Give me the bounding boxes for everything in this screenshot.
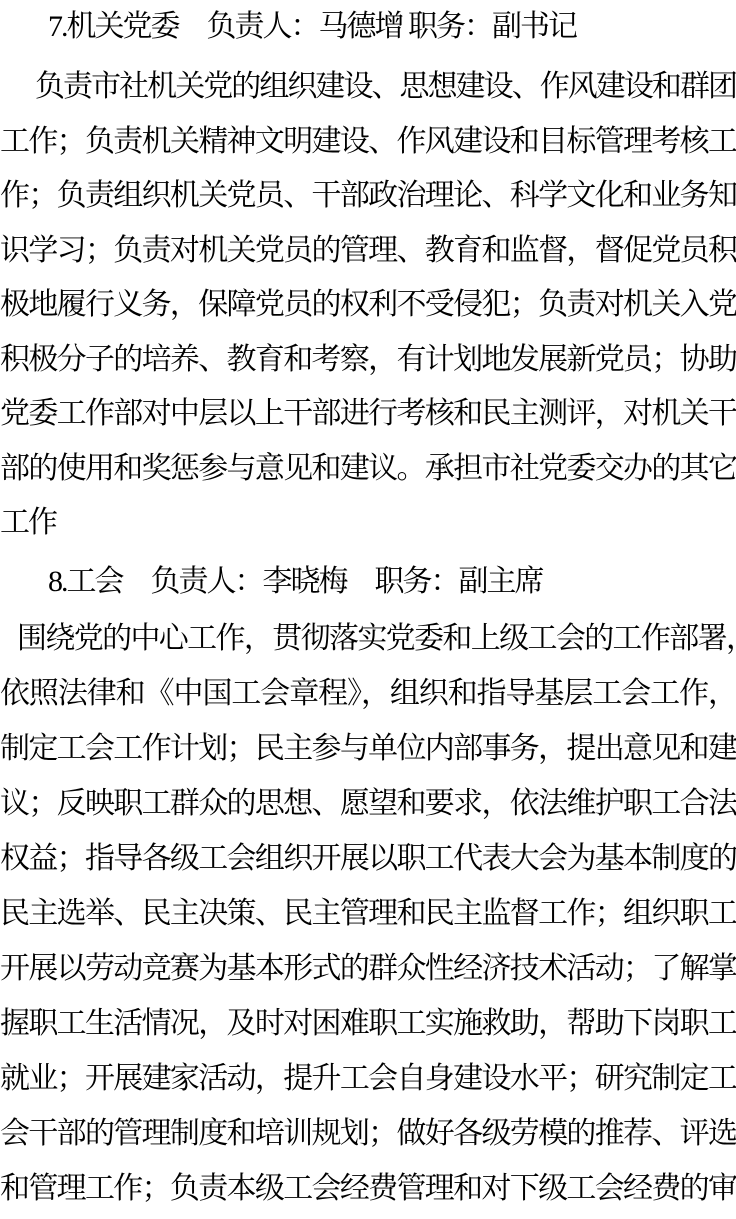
text-line: 开展以劳动竞赛为基本形式的群众性经济技术活动；了解掌 (0, 951, 736, 987)
text-line: 依照法律和《中国工会章程》，组织和指导基层工会工作， (0, 676, 736, 712)
text-line: 工作；负责机关精神文明建设、作风建设和目标管理考核工 (0, 124, 736, 160)
text-line: 就业；开展建家活动，提升工会自身建设水平；研究制定工 (0, 1061, 736, 1097)
text-line: 握职工生活情况，及时对困难职工实施救助，帮助下岗职工 (0, 1006, 736, 1042)
text-line: 围绕党的中心工作，贯彻落实党委和上级工会的工作部署， (0, 621, 736, 657)
text-line: 工作 (0, 505, 736, 541)
text-line: 党委工作部对中层以上干部进行考核和民主测评，对机关干 (0, 396, 736, 432)
section-8-heading: 8.工会 负责人：李晓梅 职务：副主席 (0, 564, 543, 600)
text-line: 议；反映职工群众的思想、愿望和要求，依法维护职工合法 (0, 786, 736, 822)
document-page: { "page": { "background_color": "#ffffff… (0, 0, 736, 1219)
document-body: 7.机关党委 负责人：马德增 职务：副书记 负责市社机关党的组织建设、思想建设、… (0, 0, 736, 1219)
text-line: 会干部的管理制度和培训规划；做好各级劳模的推荐、评选 (0, 1116, 736, 1152)
section-7-heading: 7.机关党委 负责人：马德增 职务：副书记 (0, 9, 576, 45)
text-line: 作；负责组织机关党员、干部政治理论、科学文化和业务知 (0, 178, 736, 214)
text-line: 极地履行义务，保障党员的权利不受侵犯；负责对机关入党 (0, 287, 736, 323)
text-line: 积极分子的培养、教育和考察，有计划地发展新党员；协助 (0, 342, 736, 378)
text-line: 负责市社机关党的组织建设、思想建设、作风建设和群团 (0, 69, 736, 105)
text-line: 识学习；负责对机关党员的管理、教育和监督，督促党员积 (0, 233, 736, 269)
text-line: 和管理工作；负责本级工会经费管理和对下级工会经费的审 (0, 1171, 736, 1207)
text-line: 制定工会工作计划；民主参与单位内部事务，提出意见和建 (0, 731, 736, 767)
text-line: 权益；指导各级工会组织开展以职工代表大会为基本制度的 (0, 841, 736, 877)
text-line: 部的使用和奖惩参与意见和建议。承担市社党委交办的其它 (0, 451, 736, 487)
text-line: 民主选举、民主决策、民主管理和民主监督工作；组织职工 (0, 896, 736, 932)
